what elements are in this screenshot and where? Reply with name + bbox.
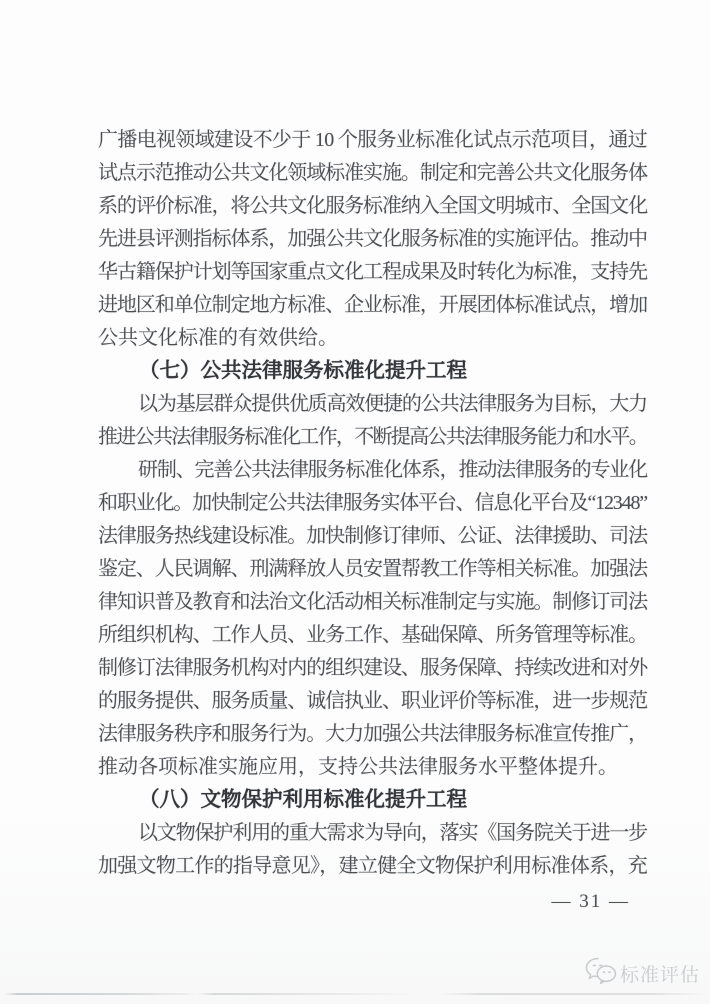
line-text: 以为基层群众提供优质高效便捷的公共法律服务为目标，大力 (138, 388, 647, 421)
line-text: （八）文物保护利用标准化提升工程 (139, 784, 467, 817)
text-line: 的服务提供、服务质量、诚信执业、职业评价等标准，进一步规范 (98, 685, 647, 718)
line-text: 华古籍保护计划等国家重点文化工程成果及时转化为标准，支持先 (98, 256, 647, 289)
section-heading: （八）文物保护利用标准化提升工程 (98, 784, 647, 817)
text-line: 鉴定、人民调解、刑满释放人员安置帮教工作等相关标准。加强法 (98, 553, 647, 586)
text-line: 法律服务秩序和服务行为。大力加强公共法律服务标准宣传推广， (98, 718, 647, 751)
text-line: 公共文化标准的有效供给。 (98, 322, 647, 355)
line-text: 以文物保护利用的重大需求为导向，落实《国务院关于进一步 (138, 817, 647, 850)
watermark: 标准评估 (585, 957, 700, 990)
line-text: 进地区和单位制定地方标准、企业标准，开展团体标准试点，增加 (98, 289, 647, 322)
document-text-block: 广播电视领域建设不少于 10 个服务业标准化试点示范项目，通过试点示范推动公共文… (98, 124, 647, 883)
text-line: 制修订法律服务机构对内的组织建设、服务保障、持续改进和对外 (98, 652, 647, 685)
watermark-label: 标准评估 (620, 960, 700, 987)
wechat-chat-bubbles-icon (585, 957, 617, 990)
line-text: 推进公共法律服务标准化工作，不断提高公共法律服务能力和水平。 (98, 421, 647, 454)
line-text: 法律服务热线建设标准。加快制修订律师、公证、法律援助、司法 (98, 520, 647, 553)
text-line: 推进公共法律服务标准化工作，不断提高公共法律服务能力和水平。 (98, 421, 647, 454)
line-text: 的服务提供、服务质量、诚信执业、职业评价等标准，进一步规范 (98, 685, 647, 718)
page-bottom-edge-line (4, 993, 706, 995)
line-text: 系的评价标准，将公共文化服务标准纳入全国文明城市、全国文化 (98, 190, 647, 223)
text-line: 和职业化。加快制定公共法律服务实体平台、信息化平台及“12348” (98, 487, 647, 520)
text-line: 先进县评测指标体系，加强公共文化服务标准的实施评估。推动中 (98, 223, 647, 256)
line-text: 制修订法律服务机构对内的组织建设、服务保障、持续改进和对外 (98, 652, 647, 685)
text-line: 研制、完善公共法律服务标准化体系，推动法律服务的专业化 (98, 454, 647, 487)
text-line: 以为基层群众提供优质高效便捷的公共法律服务为目标，大力 (98, 388, 647, 421)
text-line: 所组织机构、工作人员、业务工作、基础保障、所务管理等标准。 (98, 619, 647, 652)
scanned-document-page: 广播电视领域建设不少于 10 个服务业标准化试点示范项目，通过试点示范推动公共文… (0, 0, 710, 1004)
line-text: 先进县评测指标体系，加强公共文化服务标准的实施评估。推动中 (98, 223, 647, 256)
text-line: 法律服务热线建设标准。加快制修订律师、公证、法律援助、司法 (98, 520, 647, 553)
line-text: 试点示范推动公共文化领域标准实施。制定和完善公共文化服务体 (98, 157, 647, 190)
text-line: 广播电视领域建设不少于 10 个服务业标准化试点示范项目，通过 (98, 124, 647, 157)
line-text: 法律服务秩序和服务行为。大力加强公共法律服务标准宣传推广， (98, 718, 647, 751)
line-text: 鉴定、人民调解、刑满释放人员安置帮教工作等相关标准。加强法 (98, 553, 647, 586)
text-line: 以文物保护利用的重大需求为导向，落实《国务院关于进一步 (98, 817, 647, 850)
text-line: 律知识普及教育和法治文化活动相关标准制定与实施。制修订司法 (98, 586, 647, 619)
line-text: 推动各项标准实施应用，支持公共法律服务水平整体提升。 (98, 751, 618, 784)
text-line: 推动各项标准实施应用，支持公共法律服务水平整体提升。 (98, 751, 647, 784)
text-line: 进地区和单位制定地方标准、企业标准，开展团体标准试点，增加 (98, 289, 647, 322)
line-text: 研制、完善公共法律服务标准化体系，推动法律服务的专业化 (138, 454, 647, 487)
text-line: 加强文物工作的指导意见》，建立健全文物保护利用标准体系，充 (98, 850, 647, 883)
text-line: 系的评价标准，将公共文化服务标准纳入全国文明城市、全国文化 (98, 190, 647, 223)
section-heading: （七）公共法律服务标准化提升工程 (98, 355, 647, 388)
text-line: 试点示范推动公共文化领域标准实施。制定和完善公共文化服务体 (98, 157, 647, 190)
line-text: 和职业化。加快制定公共法律服务实体平台、信息化平台及“12348” (98, 487, 647, 520)
line-text: 广播电视领域建设不少于 10 个服务业标准化试点示范项目，通过 (98, 124, 647, 157)
line-text: 公共文化标准的有效供给。 (98, 322, 338, 355)
text-line: 华古籍保护计划等国家重点文化工程成果及时转化为标准，支持先 (98, 256, 647, 289)
line-text: （七）公共法律服务标准化提升工程 (139, 355, 467, 388)
line-text: 所组织机构、工作人员、业务工作、基础保障、所务管理等标准。 (98, 619, 647, 652)
line-text: 加强文物工作的指导意见》，建立健全文物保护利用标准体系，充 (98, 850, 647, 883)
line-text: 律知识普及教育和法治文化活动相关标准制定与实施。制修订司法 (98, 586, 647, 619)
page-number: — 31 — (98, 891, 630, 913)
